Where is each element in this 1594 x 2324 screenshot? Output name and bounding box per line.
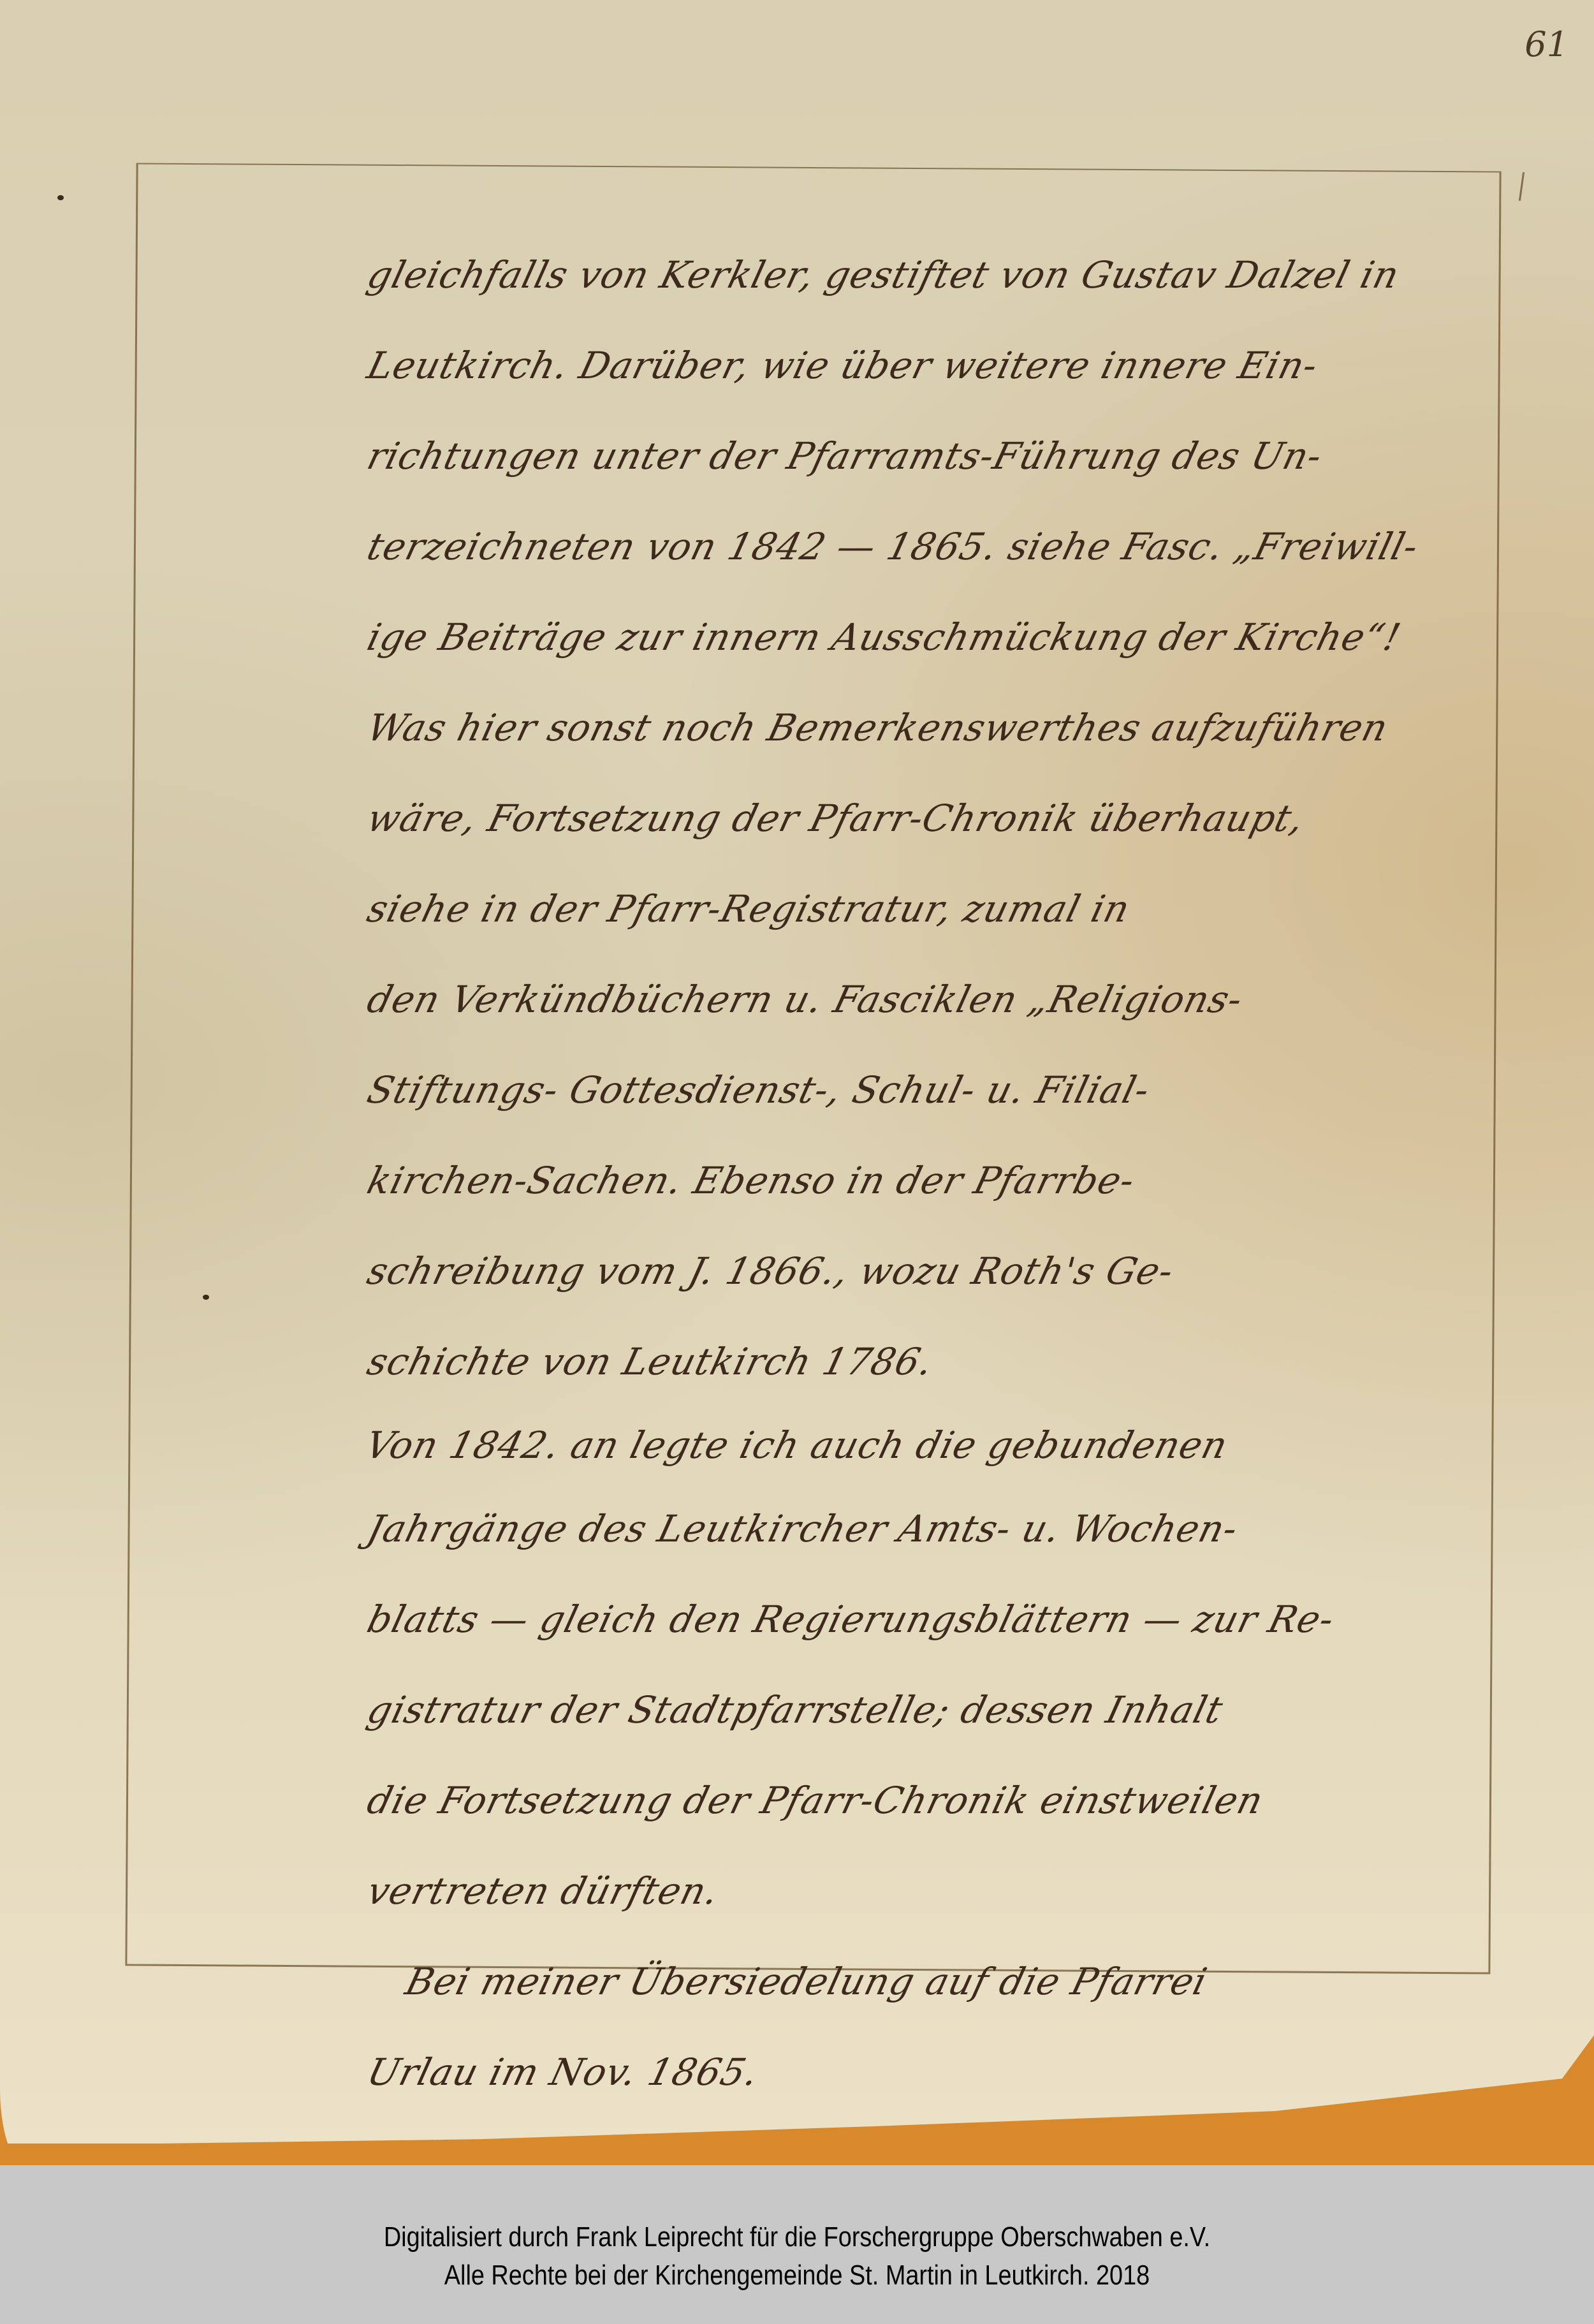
manuscript-line: Was hier sonst noch Bemerkenswerthes auf… [357,682,1451,773]
manuscript-line: terzeichneten von 1842 — 1865. siehe Fas… [357,501,1451,592]
signature-title: Pfarrer Dekan [357,2117,1445,2165]
ink-speck [57,195,64,200]
manuscript-line: gistratur der Stadtpfarrstelle; dessen I… [357,1665,1451,1755]
manuscript-line: ige Beiträge zur innern Ausschmückung de… [357,592,1451,682]
handwritten-text: gleichfalls von Kerkler, gestiftet von G… [357,230,1428,2165]
manuscript-line: schichte von Leutkirch 1786. [357,1316,1451,1407]
manuscript-line: gleichfalls von Kerkler, gestiftet von G… [357,230,1451,320]
manuscript-line: Jahrgänge des Leutkircher Amts- u. Woche… [357,1483,1451,1574]
manuscript-line: wäre, Fortsetzung der Pfarr-Chronik über… [357,773,1451,864]
digitization-credit-footer: Digitalisiert durch Frank Leiprecht für … [0,2165,1594,2324]
manuscript-line: Leutkirch. Darüber, wie über weitere inn… [357,320,1451,411]
margin-tick-mark [1519,172,1525,201]
manuscript-line: vertreten dürften. [357,1846,1451,1936]
manuscript-line: richtungen unter der Pfarramts-Führung d… [357,411,1451,501]
folio-number: 61 [1525,24,1568,64]
manuscript-line: blatts — gleich den Regierungsblättern —… [357,1574,1451,1665]
manuscript-line: Stiftungs- Gottesdienst-, Schul- u. Fili… [357,1045,1451,1135]
manuscript-line: Von 1842. an legte ich auch die gebunden… [357,1407,1447,1483]
manuscript-line: die Fortsetzung der Pfarr-Chronik einstw… [357,1755,1451,1846]
credit-line-digitized-by: Digitalisiert durch Frank Leiprecht für … [112,2221,1482,2253]
manuscript-page: 61 gleichfalls von Kerkler, gestiftet vo… [0,0,1594,2165]
manuscript-line: siehe in der Pfarr-Registratur, zumal in [357,864,1451,954]
manuscript-line: schreibung vom J. 1866., wozu Roth's Ge- [357,1226,1451,1316]
credit-line-rights: Alle Rechte bei der Kirchengemeinde St. … [112,2260,1482,2291]
ink-speck [203,1295,209,1300]
scanned-page-photo: 61 gleichfalls von Kerkler, gestiftet vo… [0,0,1594,2165]
manuscript-line: kirchen-Sachen. Ebenso in der Pfarrbe- [357,1135,1451,1226]
manuscript-line: Bei meiner Übersiedelung auf die Pfarrei [357,1936,1451,2027]
manuscript-line: den Verkündbüchern u. Fasciklen „Religio… [357,954,1451,1045]
manuscript-line: Urlau im Nov. 1865. [357,2027,1451,2117]
